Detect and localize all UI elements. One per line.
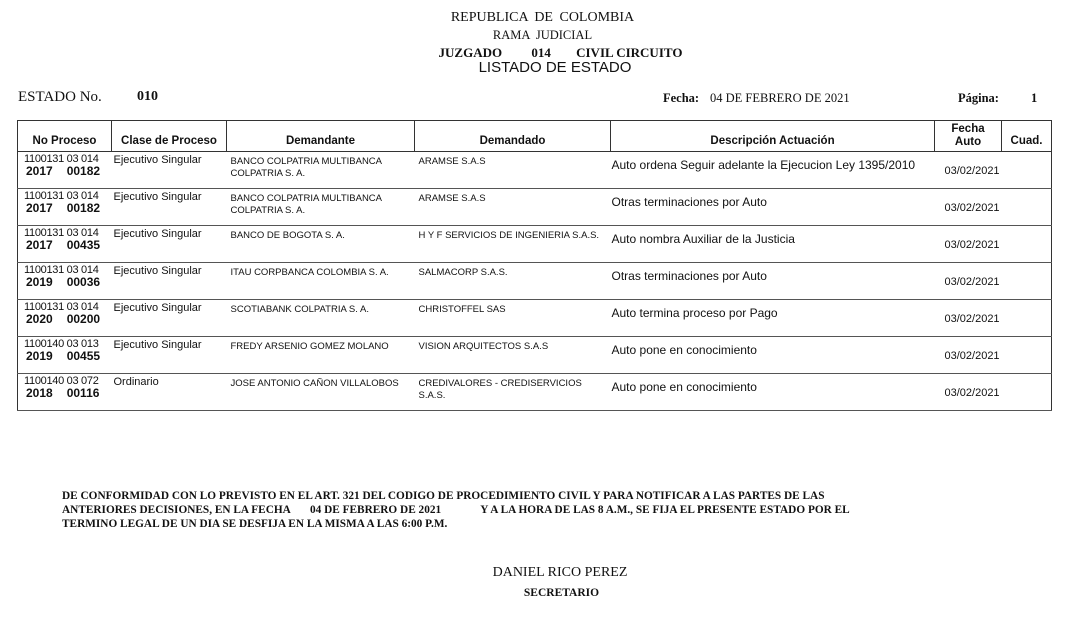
fecha-label: Fecha:	[663, 91, 699, 106]
clase-proceso: Ejecutivo Singular	[112, 189, 227, 203]
col-descripcion: Descripción Actuación	[611, 121, 935, 152]
proceso-year: 2018	[26, 386, 53, 400]
cell-fecha-auto: 03/02/2021	[935, 189, 1002, 226]
cell-fecha-auto: 03/02/2021	[935, 374, 1002, 411]
descripcion-actuacion: Auto termina proceso por Pago	[611, 300, 935, 320]
proceso-radicado: 202000200	[18, 313, 112, 326]
cell-clase: Ejecutivo Singular	[112, 263, 227, 300]
clase-proceso: Ejecutivo Singular	[112, 226, 227, 240]
demandado: ARAMSE S.A.S	[415, 152, 611, 168]
cell-no-proceso: 1100131 03 014202000200	[18, 300, 112, 337]
descripcion-actuacion: Otras terminaciones por Auto	[611, 189, 935, 209]
demandante: JOSE ANTONIO CAÑON VILLALOBOS	[227, 374, 415, 390]
proceso-number: 00435	[67, 238, 100, 252]
cell-descripcion: Auto pone en conocimiento	[611, 374, 935, 411]
demandante: FREDY ARSENIO GOMEZ MOLANO	[227, 337, 415, 353]
cell-demandante: SCOTIABANK COLPATRIA S. A.	[227, 300, 415, 337]
cell-clase: Ejecutivo Singular	[112, 300, 227, 337]
clase-proceso: Ejecutivo Singular	[112, 152, 227, 166]
legal-line-2: ANTERIORES DECISIONES, EN LA FECHA 04 DE…	[62, 503, 850, 517]
cell-no-proceso: 1100140 03 013201900455	[18, 337, 112, 374]
header-country: REPUBLICA DE COLOMBIA	[0, 10, 1085, 26]
demandante: BANCO DE BOGOTA S. A.	[227, 226, 415, 242]
cell-descripcion: Auto pone en conocimiento	[611, 337, 935, 374]
cell-fecha-auto: 03/02/2021	[935, 337, 1002, 374]
cell-no-proceso: 1100131 03 014201700435	[18, 226, 112, 263]
legal-line-1: DE CONFORMIDAD CON LO PREVISTO EN EL ART…	[62, 489, 850, 503]
descripcion-actuacion: Auto ordena Seguir adelante la Ejecucion…	[611, 152, 935, 172]
fecha-auto: 03/02/2021	[935, 337, 1002, 362]
proceso-number: 00116	[67, 386, 100, 400]
cell-demandado: H Y F SERVICIOS DE INGENIERIA S.A.S.	[415, 226, 611, 263]
proceso-number: 00200	[67, 312, 100, 326]
demandante: SCOTIABANK COLPATRIA S. A.	[227, 300, 415, 316]
proceso-radicado: 201700435	[18, 239, 112, 252]
estado-label: ESTADO No.	[18, 89, 102, 106]
cell-fecha-auto: 03/02/2021	[935, 226, 1002, 263]
cell-demandante: BANCO COLPATRIA MULTIBANCA COLPATRIA S. …	[227, 189, 415, 226]
proceso-number: 00182	[67, 164, 100, 178]
cell-demandante: FREDY ARSENIO GOMEZ MOLANO	[227, 337, 415, 374]
cell-clase: Ejecutivo Singular	[112, 226, 227, 263]
cell-cuad	[1002, 374, 1052, 411]
descripcion-actuacion: Auto pone en conocimiento	[611, 337, 935, 357]
table-row: 1100131 03 014201700435Ejecutivo Singula…	[18, 226, 1052, 263]
demandado: CREDIVALORES - CREDISERVICIOS S.A.S.	[415, 374, 611, 402]
col-demandante: Demandante	[227, 121, 415, 152]
cell-cuad	[1002, 300, 1052, 337]
cell-descripcion: Auto nombra Auxiliar de la Justicia	[611, 226, 935, 263]
cell-no-proceso: 1100131 03 014201900036	[18, 263, 112, 300]
clase-proceso: Ordinario	[112, 374, 227, 388]
fecha-auto: 03/02/2021	[935, 189, 1002, 214]
cell-clase: Ejecutivo Singular	[112, 189, 227, 226]
cell-descripcion: Auto termina proceso por Pago	[611, 300, 935, 337]
proceso-radicado: 201900455	[18, 350, 112, 363]
col-clase-proceso: Clase de Proceso	[112, 121, 227, 152]
descripcion-actuacion: Otras terminaciones por Auto	[611, 263, 935, 283]
listing-title: LISTADO DE ESTADO	[0, 59, 1085, 76]
legal-notice: DE CONFORMIDAD CON LO PREVISTO EN EL ART…	[62, 489, 850, 531]
proceso-radicado: 201700182	[18, 202, 112, 215]
col-demandado: Demandado	[415, 121, 611, 152]
fecha-auto: 03/02/2021	[935, 263, 1002, 288]
signature-role: SECRETARIO	[0, 587, 1085, 599]
proceso-year: 2017	[26, 238, 53, 252]
cell-descripcion: Otras terminaciones por Auto	[611, 263, 935, 300]
proceso-year: 2020	[26, 312, 53, 326]
demandante: BANCO COLPATRIA MULTIBANCA COLPATRIA S. …	[227, 152, 415, 180]
col-no-proceso: No Proceso	[18, 121, 112, 152]
cell-clase: Ejecutivo Singular	[112, 337, 227, 374]
col-fecha-auto-label: Fecha Auto	[948, 123, 988, 149]
demandado: SALMACORP S.A.S.	[415, 263, 611, 279]
fecha-auto: 03/02/2021	[935, 300, 1002, 325]
proceso-number: 00182	[67, 201, 100, 215]
fecha-auto: 03/02/2021	[935, 226, 1002, 251]
demandado: ARAMSE S.A.S	[415, 189, 611, 205]
proceso-radicado: 201900036	[18, 276, 112, 289]
clase-proceso: Ejecutivo Singular	[112, 263, 227, 277]
proceso-year: 2019	[26, 275, 53, 289]
cell-demandado: VISION ARQUITECTOS S.A.S	[415, 337, 611, 374]
cell-no-proceso: 1100140 03 072201800116	[18, 374, 112, 411]
signature-name: DANIEL RICO PEREZ	[0, 565, 1085, 581]
cell-descripcion: Otras terminaciones por Auto	[611, 189, 935, 226]
cell-demandante: JOSE ANTONIO CAÑON VILLALOBOS	[227, 374, 415, 411]
cell-no-proceso: 1100131 03 014201700182	[18, 189, 112, 226]
cell-cuad	[1002, 337, 1052, 374]
demandado: H Y F SERVICIOS DE INGENIERIA S.A.S.	[415, 226, 611, 242]
col-cuad: Cuad.	[1002, 121, 1052, 152]
clase-proceso: Ejecutivo Singular	[112, 337, 227, 351]
proceso-radicado: 201800116	[18, 387, 112, 400]
table-header-row: No Proceso Clase de Proceso Demandante D…	[18, 121, 1052, 152]
cell-demandado: ARAMSE S.A.S	[415, 189, 611, 226]
fecha-value: 04 DE FEBRERO DE 2021	[710, 91, 850, 106]
demandante: ITAU CORPBANCA COLOMBIA S. A.	[227, 263, 415, 279]
descripcion-actuacion: Auto pone en conocimiento	[611, 374, 935, 394]
estado-table: No Proceso Clase de Proceso Demandante D…	[17, 120, 1052, 411]
cell-cuad	[1002, 263, 1052, 300]
demandado: CHRISTOFFEL SAS	[415, 300, 611, 316]
cell-demandado: SALMACORP S.A.S.	[415, 263, 611, 300]
cell-demandante: BANCO DE BOGOTA S. A.	[227, 226, 415, 263]
fecha-auto: 03/02/2021	[935, 152, 1002, 177]
proceso-year: 2017	[26, 164, 53, 178]
table-row: 1100131 03 014201900036Ejecutivo Singula…	[18, 263, 1052, 300]
descripcion-actuacion: Auto nombra Auxiliar de la Justicia	[611, 226, 935, 246]
table-row: 1100131 03 014202000200Ejecutivo Singula…	[18, 300, 1052, 337]
cell-cuad	[1002, 152, 1052, 189]
fecha-auto: 03/02/2021	[935, 374, 1002, 399]
demandado: VISION ARQUITECTOS S.A.S	[415, 337, 611, 353]
cell-clase: Ordinario	[112, 374, 227, 411]
proceso-radicado: 201700182	[18, 165, 112, 178]
demandante: BANCO COLPATRIA MULTIBANCA COLPATRIA S. …	[227, 189, 415, 217]
cell-cuad	[1002, 189, 1052, 226]
cell-fecha-auto: 03/02/2021	[935, 300, 1002, 337]
pagina-value: 1	[1031, 91, 1037, 106]
cell-demandante: ITAU CORPBANCA COLOMBIA S. A.	[227, 263, 415, 300]
table-row: 1100131 03 014201700182Ejecutivo Singula…	[18, 152, 1052, 189]
proceso-number: 00455	[67, 349, 100, 363]
table-row: 1100131 03 014201700182Ejecutivo Singula…	[18, 189, 1052, 226]
pagina-label: Página:	[958, 91, 999, 106]
cell-fecha-auto: 03/02/2021	[935, 263, 1002, 300]
clase-proceso: Ejecutivo Singular	[112, 300, 227, 314]
cell-demandado: CREDIVALORES - CREDISERVICIOS S.A.S.	[415, 374, 611, 411]
cell-fecha-auto: 03/02/2021	[935, 152, 1002, 189]
header-branch: RAMA JUDICIAL	[0, 28, 1085, 43]
cell-demandado: CHRISTOFFEL SAS	[415, 300, 611, 337]
estado-number: 010	[137, 89, 158, 105]
proceso-number: 00036	[67, 275, 100, 289]
col-fecha-auto: Fecha Auto	[935, 121, 1002, 152]
cell-clase: Ejecutivo Singular	[112, 152, 227, 189]
cell-descripcion: Auto ordena Seguir adelante la Ejecucion…	[611, 152, 935, 189]
cell-demandante: BANCO COLPATRIA MULTIBANCA COLPATRIA S. …	[227, 152, 415, 189]
legal-line-3: TERMINO LEGAL DE UN DIA SE DESFIJA EN LA…	[62, 517, 850, 531]
cell-no-proceso: 1100131 03 014201700182	[18, 152, 112, 189]
cell-cuad	[1002, 226, 1052, 263]
table-row: 1100140 03 013201900455Ejecutivo Singula…	[18, 337, 1052, 374]
proceso-year: 2017	[26, 201, 53, 215]
table-row: 1100140 03 072201800116OrdinarioJOSE ANT…	[18, 374, 1052, 411]
proceso-year: 2019	[26, 349, 53, 363]
cell-demandado: ARAMSE S.A.S	[415, 152, 611, 189]
